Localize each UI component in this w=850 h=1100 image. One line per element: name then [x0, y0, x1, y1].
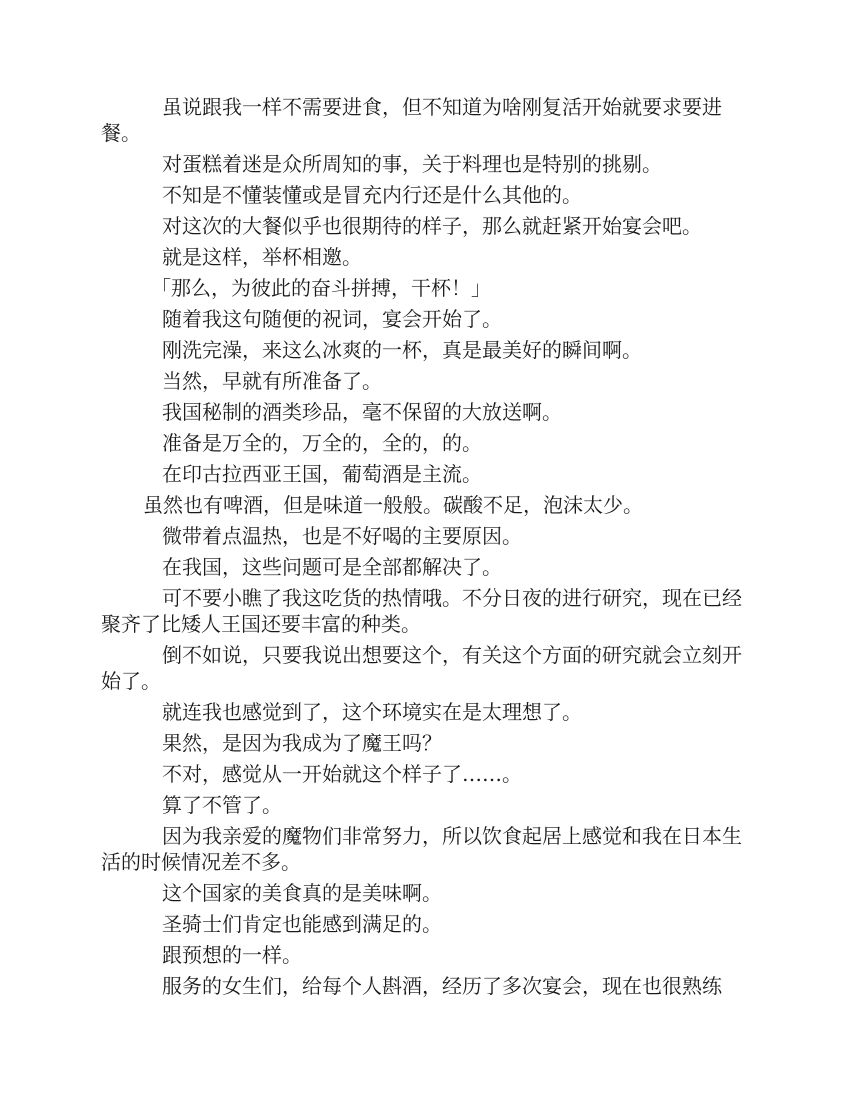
paragraph: 因为我亲爱的魔物们非常努力，所以饮食起居上感觉和我在日本生活的时候情况差不多。	[101, 823, 761, 875]
paragraph: 对这次的大餐似乎也很期待的样子，那么就赶紧开始宴会吧。	[101, 213, 761, 239]
paragraph: 果然，是因为我成为了魔王吗？	[101, 730, 761, 756]
paragraph: 算了不管了。	[101, 792, 761, 818]
paragraph: 虽说跟我一样不需要进食，但不知道为啥刚复活开始就要求要进餐。	[101, 94, 761, 146]
document-page: 虽说跟我一样不需要进食，但不知道为啥刚复活开始就要求要进餐。 对蛋糕着迷是众所周…	[101, 94, 761, 1004]
paragraph: 可不要小瞧了我这吃货的热情哦。不分日夜的进行研究，现在已经聚齐了比矮人王国还要丰…	[101, 585, 761, 637]
paragraph: 圣骑士们肯定也能感到满足的。	[101, 911, 761, 937]
paragraph: 对蛋糕着迷是众所周知的事，关于料理也是特别的挑剔。	[101, 151, 761, 177]
paragraph: 随着我这句随便的祝词，宴会开始了。	[101, 306, 761, 332]
paragraph: 微带着点温热，也是不好喝的主要原因。	[101, 523, 761, 549]
dialogue-paragraph: 「那么，为彼此的奋斗拼搏，干杯！」	[101, 275, 761, 301]
paragraph: 我国秘制的酒类珍品，毫不保留的大放送啊。	[101, 399, 761, 425]
paragraph: 当然，早就有所准备了。	[101, 368, 761, 394]
paragraph: 虽然也有啤酒，但是味道一般般。碳酸不足，泡沫太少。	[101, 492, 761, 518]
paragraph: 这个国家的美食真的是美味啊。	[101, 880, 761, 906]
paragraph: 服务的女生们，给每个人斟酒，经历了多次宴会，现在也很熟练	[101, 973, 761, 999]
paragraph: 跟预想的一样。	[101, 942, 761, 968]
paragraph: 刚洗完澡，来这么冰爽的一杯，真是最美好的瞬间啊。	[101, 337, 761, 363]
paragraph: 在印古拉西亚王国，葡萄酒是主流。	[101, 461, 761, 487]
paragraph: 就连我也感觉到了，这个环境实在是太理想了。	[101, 699, 761, 725]
paragraph: 倒不如说，只要我说出想要这个，有关这个方面的研究就会立刻开始了。	[101, 642, 761, 694]
paragraph: 不知是不懂装懂或是冒充内行还是什么其他的。	[101, 182, 761, 208]
paragraph: 准备是万全的，万全的，全的，的。	[101, 430, 761, 456]
paragraph: 就是这样，举杯相邀。	[101, 244, 761, 270]
paragraph: 不对，感觉从一开始就这个样子了……。	[101, 761, 761, 787]
paragraph: 在我国，这些问题可是全部都解决了。	[101, 554, 761, 580]
